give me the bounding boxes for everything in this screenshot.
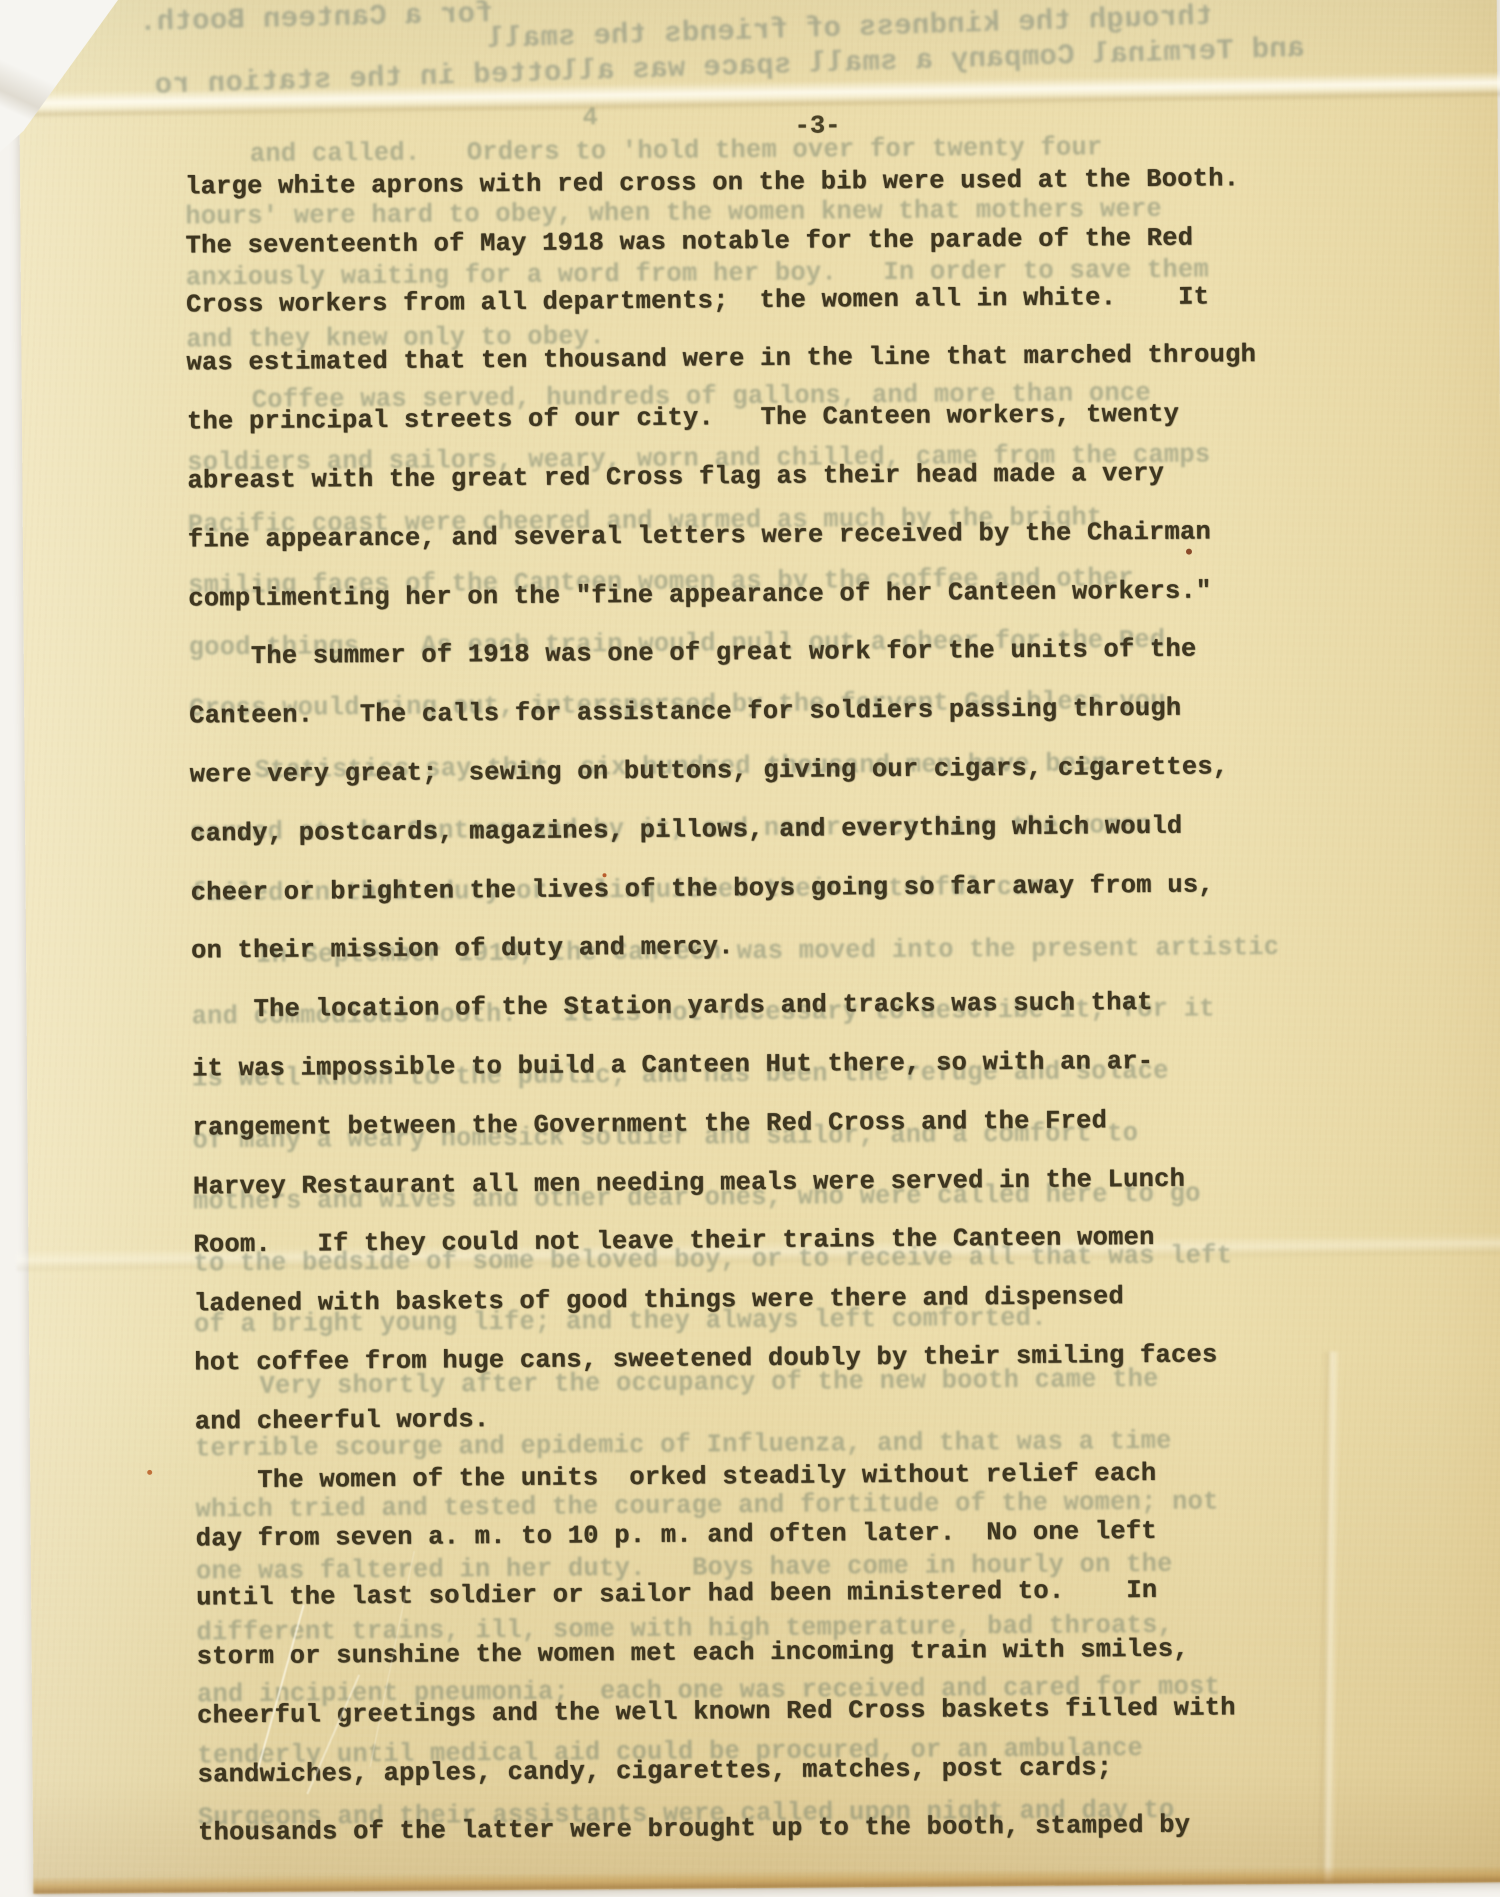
typed-line: until the last soldier or sailor had bee… — [196, 1561, 1266, 1628]
typed-line: rangement between the Government the Red… — [192, 1091, 1262, 1158]
typed-line: day from seven a. m. to 10 p. m. and oft… — [195, 1502, 1265, 1569]
typed-line: The location of the Station yards and tr… — [191, 973, 1261, 1040]
typed-text-block: large white aprons with red cross on the… — [185, 150, 1268, 1863]
typed-line: Cross workers from all departments; the … — [186, 268, 1256, 335]
ink-speck — [1186, 549, 1192, 555]
typed-line: complimenting her on the "fine appearanc… — [188, 562, 1258, 629]
ghost-page-number: 4 — [582, 103, 598, 134]
typed-line: were very great; sewing on buttons, givi… — [189, 738, 1259, 805]
typed-line: fine appearance, and several letters wer… — [188, 503, 1258, 570]
paper-sheet: for a Canteen Booth.through the kindness… — [19, 0, 1500, 1894]
typed-line: The seventeenth of May 1918 was notable … — [185, 209, 1255, 276]
typed-line: cheer or brighten the lives of the boys … — [190, 856, 1260, 923]
typed-line: was estimated that ten thousand were in … — [186, 327, 1256, 394]
bleed-through-mirrored-line: for a Canteen Booth. — [138, 0, 493, 41]
scanned-document-page: for a Canteen Booth.through the kindness… — [0, 0, 1500, 1897]
typed-line: The women of the units orked steadily wi… — [195, 1444, 1265, 1511]
typed-line: hot coffee from huge cans, sweetened dou… — [194, 1326, 1264, 1393]
typed-line: ladened with baskets of good things were… — [194, 1267, 1264, 1334]
typed-line: candy, postcards, magazines, pillows, an… — [190, 797, 1260, 864]
typed-line: large white aprons with red cross on the… — [185, 150, 1255, 217]
ink-speck — [147, 1470, 152, 1475]
typed-line: abreast with the great red Cross flag as… — [187, 444, 1257, 511]
paper-bottom-edge — [33, 1865, 1500, 1894]
typed-line: cheerful greetings and the well known Re… — [197, 1679, 1267, 1746]
typed-line: and cheerful words. — [195, 1385, 1265, 1452]
typed-line: thousands of the latter were brought up … — [198, 1796, 1268, 1863]
ink-speck — [602, 873, 606, 877]
page-number: -3- — [795, 111, 841, 142]
vertical-crease-right — [1317, 1352, 1340, 1882]
typed-line: on their mission of duty and mercy. — [191, 914, 1261, 981]
typed-line: sandwiches, apples, candy, cigarettes, m… — [197, 1738, 1267, 1805]
typed-line: it was impossible to build a Canteen Hut… — [192, 1032, 1262, 1099]
typed-line: the principal streets of our city. The C… — [187, 385, 1257, 452]
typed-line: The summer of 1918 was one of great work… — [189, 620, 1259, 687]
typed-line: Room. If they could not leave their trai… — [193, 1208, 1263, 1275]
typed-line: Harvey Restaurant all men needing meals … — [193, 1150, 1263, 1217]
typed-line: Canteen. The calls for assistance for so… — [189, 679, 1259, 746]
